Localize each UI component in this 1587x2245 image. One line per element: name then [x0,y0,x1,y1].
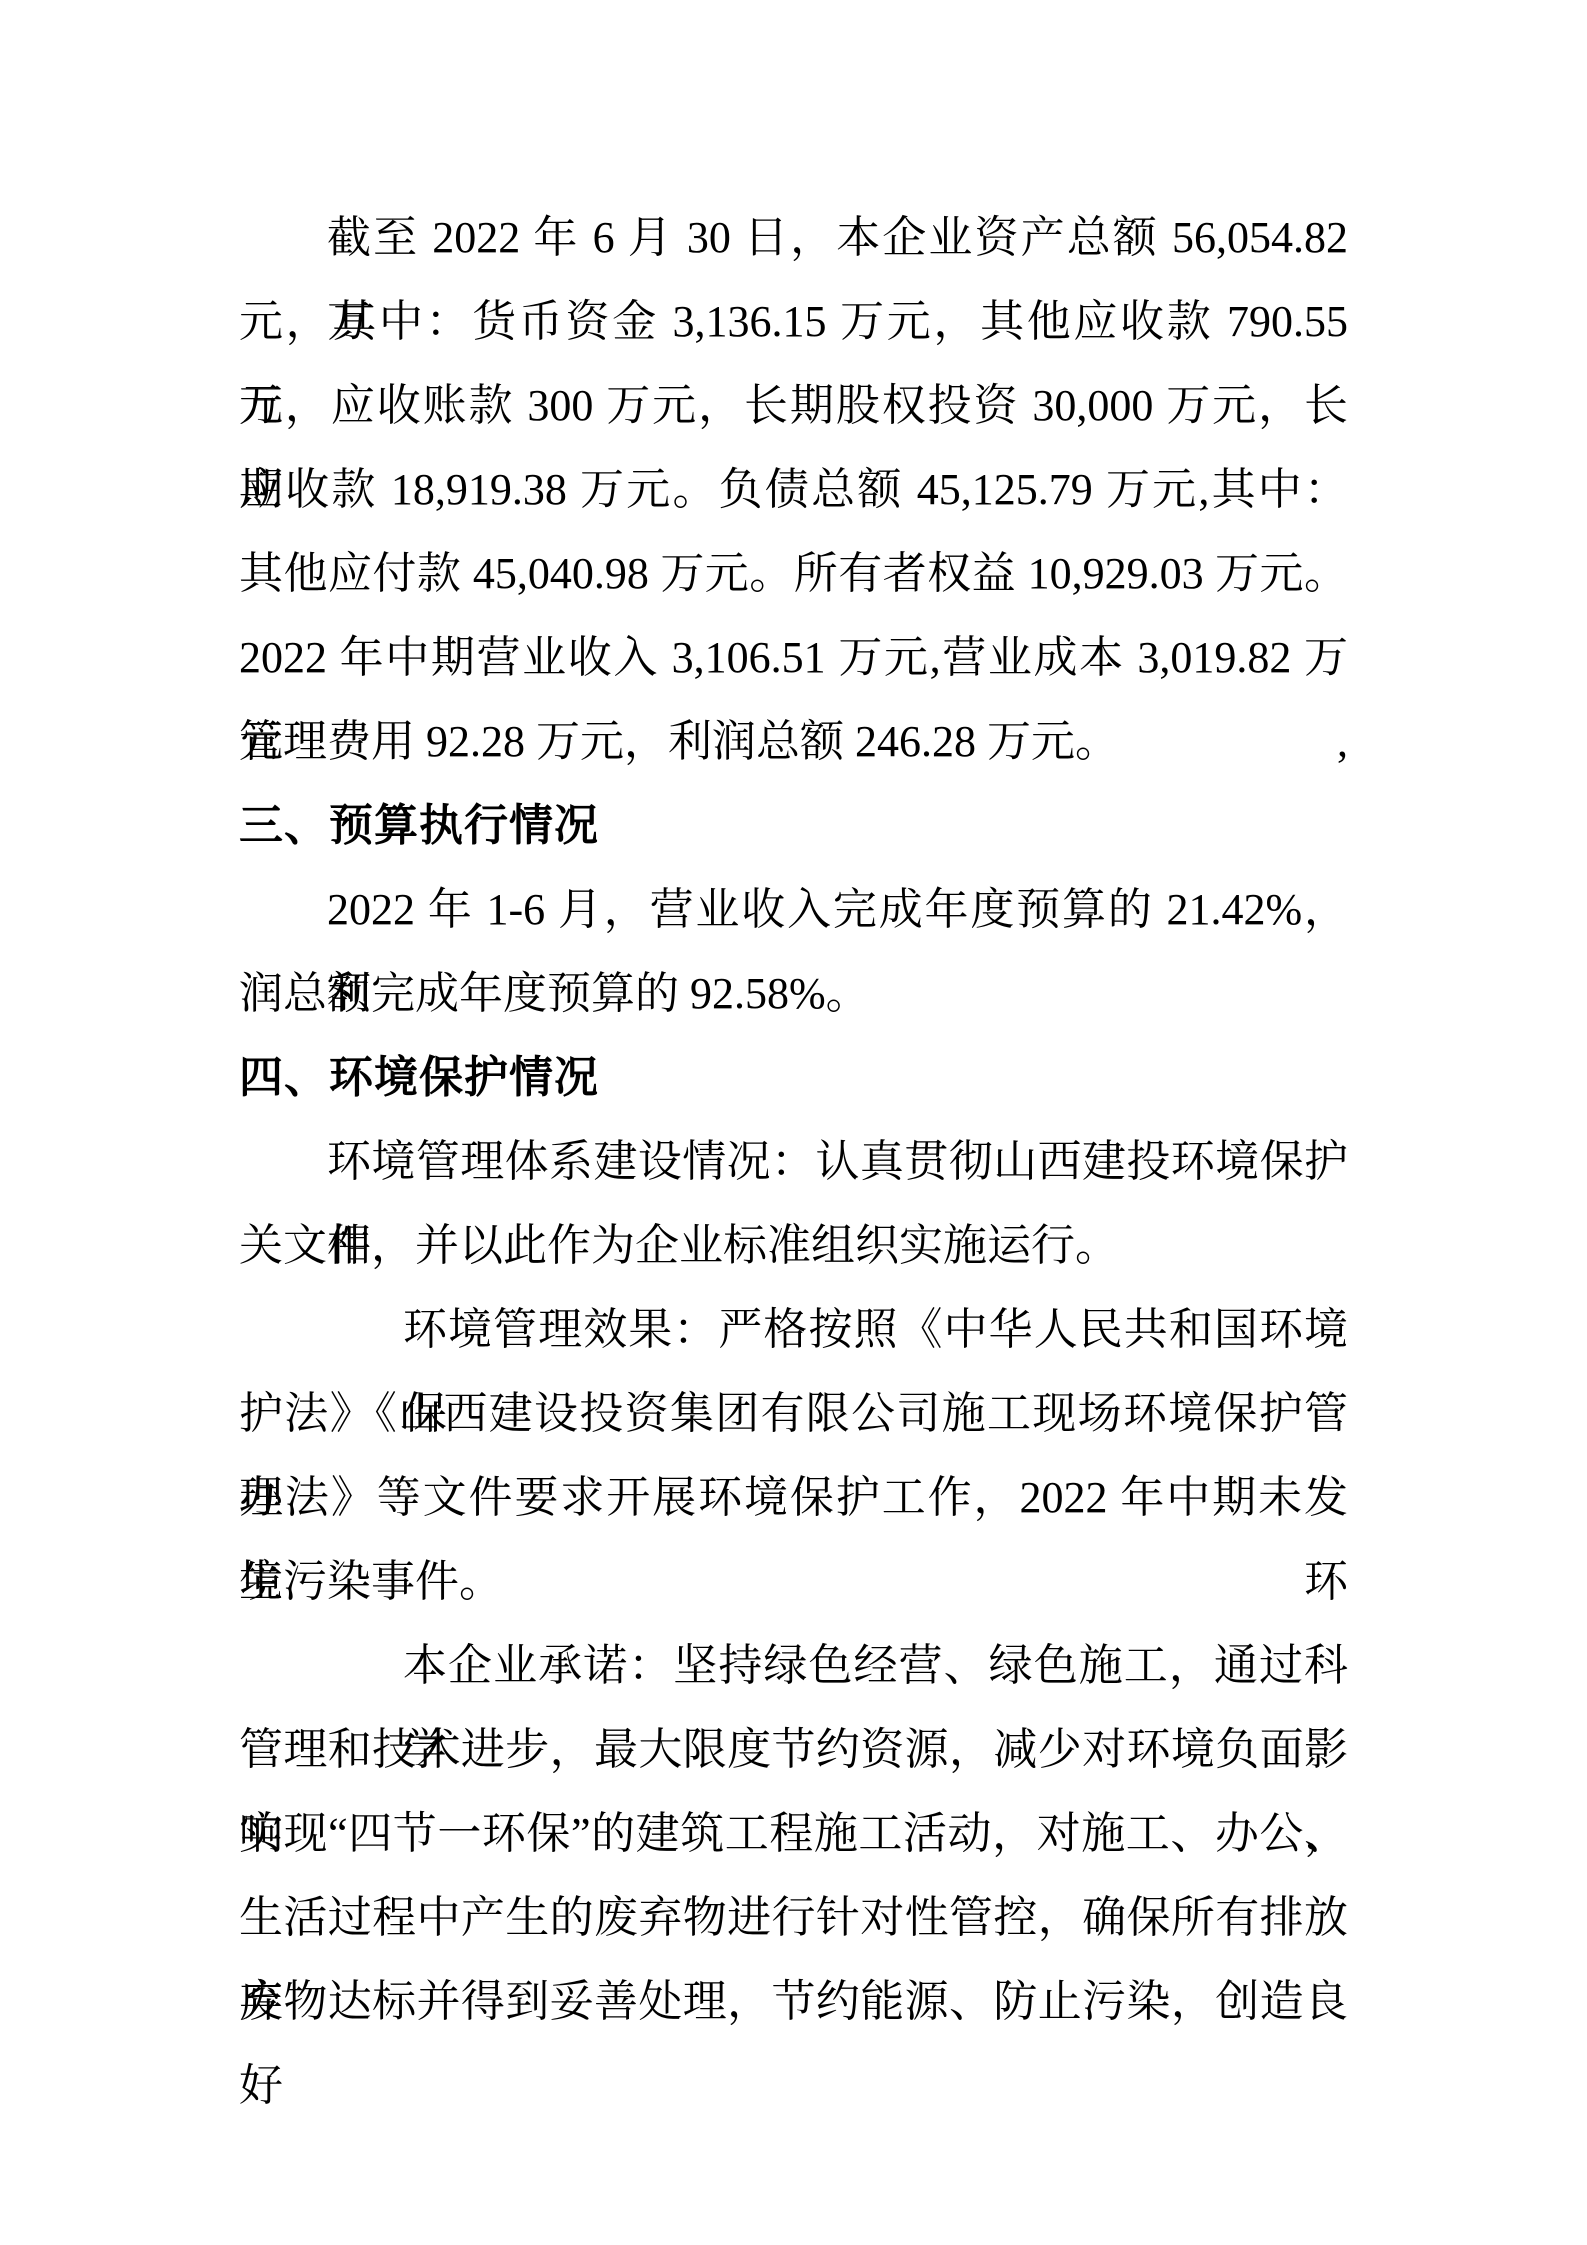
text-line: 环境管理效果：严格按照《中华人民共和国环境保 [239,1288,1348,1372]
text-line: 办法》等文件要求开展环境保护工作，2022 年中期未发生环 [239,1456,1348,1540]
text-block: 截至 2022 年 6 月 30 日，本企业资产总额 56,054.82 万元，… [239,196,1348,2044]
text-line: 弃物达标并得到妥善处理，节约能源、防止污染，创造良好 [239,1960,1348,2044]
text-line: 润总额完成年度预算的 92.58%。 [239,952,1348,1036]
text-line: 元，应收账款 300 万元，长期股权投资 30,000 万元，长期 [239,364,1348,448]
text-line: 环境管理体系建设情况：认真贯彻山西建投环境保护相 [239,1120,1348,1204]
paragraph-budget-execution: 2022 年 1-6 月，营业收入完成年度预算的 21.42%，利润总额完成年度… [239,868,1348,1036]
section-heading: 三、预算执行情况 [239,784,1348,868]
text-line: 关文件，并以此作为企业标准组织实施运行。 [239,1204,1348,1288]
text-line: 其他应付款 45,040.98 万元。所有者权益 10,929.03 万元。 [239,532,1348,616]
heading-environmental-protection: 四、环境保护情况 [239,1036,1348,1120]
text-line: 护法》《山西建设投资集团有限公司施工现场环境保护管理 [239,1372,1348,1456]
text-line: 生活过程中产生的废弃物进行针对性管控，确保所有排放废 [239,1876,1348,1960]
text-line: 应收款 18,919.38 万元。负债总额 45,125.79 万元,其中： [239,448,1348,532]
section-heading: 四、环境保护情况 [239,1036,1348,1120]
document-page: 截至 2022 年 6 月 30 日，本企业资产总额 56,054.82 万元，… [0,0,1587,2245]
text-line: 本企业承诺：坚持绿色经营、绿色施工，通过科学 [239,1624,1348,1708]
heading-budget-execution: 三、预算执行情况 [239,784,1348,868]
paragraph-env-management-effect: 环境管理效果：严格按照《中华人民共和国环境保护法》《山西建设投资集团有限公司施工… [239,1288,1348,1624]
text-line: 截至 2022 年 6 月 30 日，本企业资产总额 56,054.82 万 [239,196,1348,280]
text-line: 2022 年中期营业收入 3,106.51 万元,营业成本 3,019.82 万… [239,616,1348,700]
paragraph-env-management-system: 环境管理体系建设情况：认真贯彻山西建投环境保护相关文件，并以此作为企业标准组织实… [239,1120,1348,1288]
paragraph-enterprise-commitment: 本企业承诺：坚持绿色经营、绿色施工，通过科学管理和技术进步，最大限度节约资源，减… [239,1624,1348,2044]
text-line: 实现“四节一环保”的建筑工程施工活动，对施工、办公、 [239,1792,1348,1876]
text-line: 元，其中：货币资金 3,136.15 万元，其他应收款 790.55 万 [239,280,1348,364]
text-line: 2022 年 1-6 月，营业收入完成年度预算的 21.42%，利 [239,868,1348,952]
text-line: 管理和技术进步，最大限度节约资源，减少对环境负面影响， [239,1708,1348,1792]
paragraph-assets-liabilities: 截至 2022 年 6 月 30 日，本企业资产总额 56,054.82 万元，… [239,196,1348,784]
